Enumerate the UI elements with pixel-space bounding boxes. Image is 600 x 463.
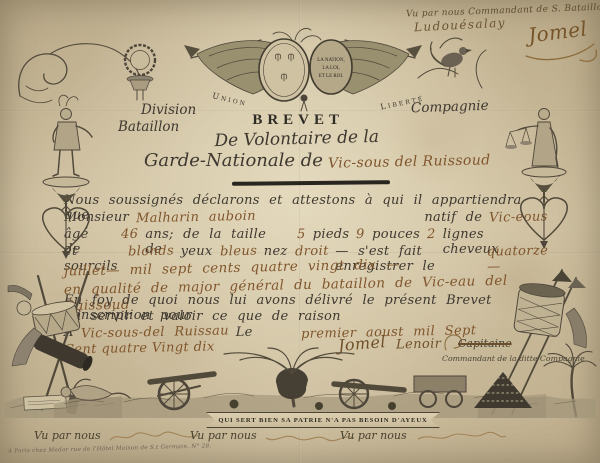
field-bataillon: Bataillon [118,119,179,135]
cannonball-pyramid [474,372,532,408]
vu-par-nous-1: Vu par nous [34,429,101,442]
title-rule [232,180,390,185]
motto-ribbon: QUI SERT BIEN SA PATRIE N'A PAS BESOIN D… [206,412,440,428]
medallion-text-line3: ET LE ROI. [319,74,344,79]
field-division: Division [141,102,196,118]
justice-statuette [492,88,588,263]
signature-flourish [522,40,600,66]
body-line-2: Monsieur Malharin auboin natif de Vic-eo… [64,210,548,225]
battlefield-frieze [54,346,546,418]
motto-text: QUI SERT BIEN SA PATRIE N'A PAS BESOIN D… [218,417,427,424]
medallion-text-line2: LA LOI, [322,66,339,71]
title-subtitle1: De Volontaire de la [214,127,379,151]
medallion-text-line1: LA NATION, [317,58,345,63]
body-line-8: lui servir et valoir ce que de raison [64,309,548,324]
signature-scribble-1 [108,430,200,444]
title-brevet: BREVET [252,112,344,129]
vu-par-nous-2: Vu par nous [190,429,257,442]
vu-par-nous-3: Vu par nous [340,429,407,442]
printer-imprint: A Paris chez Medar rue de l'Hôtel Maison… [8,443,212,454]
scales-of-justice-icon [505,128,532,149]
signature-scribble-3 [416,430,508,444]
gabion-basket-icon [513,281,566,337]
field-compagnie: Compagnie [411,98,489,117]
rooster-on-foliage [412,26,492,98]
soldier-statuette [16,90,112,260]
title-subtitle2-handwritten: Vic-sous del Ruissoud [328,152,491,171]
brevet-certificate: Vu par nous Commandant de S. Bataillon L… [0,0,600,463]
fallen-warrior [61,379,130,400]
title-subtitle2: Garde-Nationale de [144,150,323,171]
